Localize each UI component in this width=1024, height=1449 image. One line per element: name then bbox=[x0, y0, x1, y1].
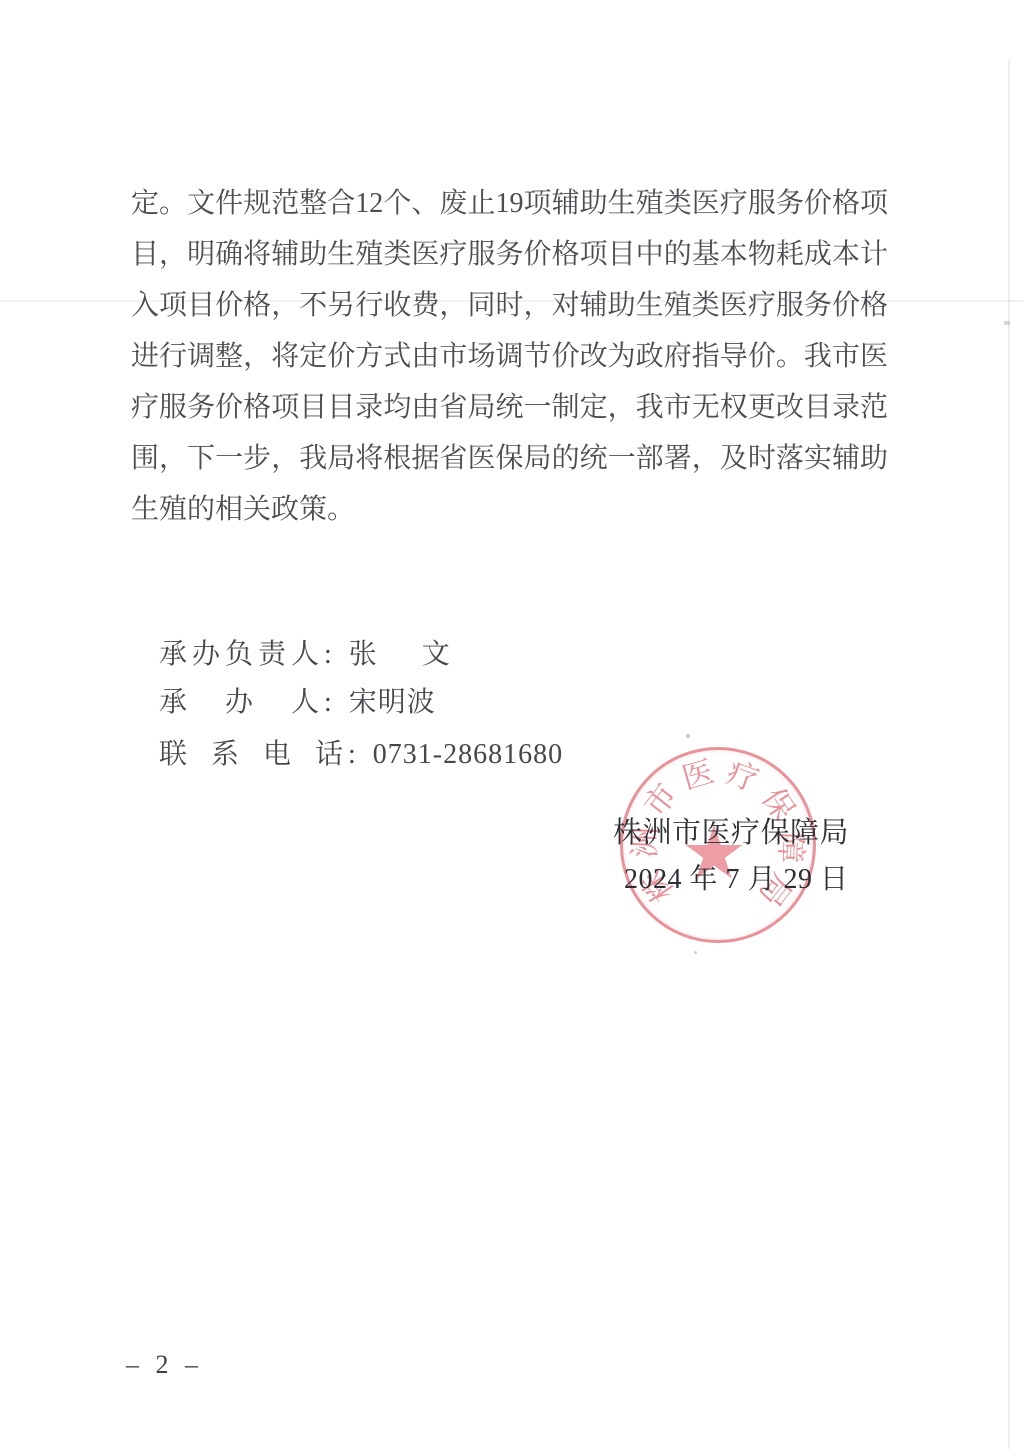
contact-line-phone: 联 系 电 话:0731-28681680 bbox=[131, 700, 563, 740]
page-number: – 2 – bbox=[126, 1350, 203, 1380]
body-line: 生殖的相关政策。 bbox=[131, 484, 888, 535]
document-page: 定。文件规范整合12个、废止19项辅助生殖类医疗服务价格项 目，明确将辅助生殖类… bbox=[0, 0, 1024, 1449]
body-line: 入项目价格，不另行收费，同时，对辅助生殖类医疗服务价格 bbox=[131, 280, 888, 331]
body-line: 目，明确将辅助生殖类医疗服务价格项目中的基本物耗成本计 bbox=[131, 229, 888, 280]
scan-speck bbox=[694, 951, 697, 954]
body-line: 围，下一步，我局将根据省医保局的统一部署，及时落实辅助 bbox=[131, 433, 888, 484]
contact-line-undertaker: 承 办 人:宋明波 bbox=[131, 648, 436, 688]
contact-label: 联 系 电 话: bbox=[159, 739, 361, 770]
contact-line-undertaker-head: 承办负责人:张 文 bbox=[131, 600, 451, 640]
body-line: 疗服务价格项目目录均由省局统一制定，我市无权更改目录范 bbox=[131, 382, 888, 433]
body-paragraph: 定。文件规范整合12个、废止19项辅助生殖类医疗服务价格项 目，明确将辅助生殖类… bbox=[131, 178, 888, 535]
signature-org-name: 株洲市医疗保障局 bbox=[613, 810, 849, 851]
contact-phone-number: 0731-28681680 bbox=[373, 739, 563, 770]
scan-fold-vertical-line bbox=[1008, 60, 1010, 1449]
scan-speck bbox=[686, 734, 690, 738]
scan-speck bbox=[1004, 321, 1010, 325]
body-line: 进行调整，将定价方式由市场调节价改为政府指导价。我市医 bbox=[131, 331, 888, 382]
signature-date: 2024 年 7 月 29 日 bbox=[624, 857, 849, 897]
body-line: 定。文件规范整合12个、废止19项辅助生殖类医疗服务价格项 bbox=[131, 178, 888, 229]
